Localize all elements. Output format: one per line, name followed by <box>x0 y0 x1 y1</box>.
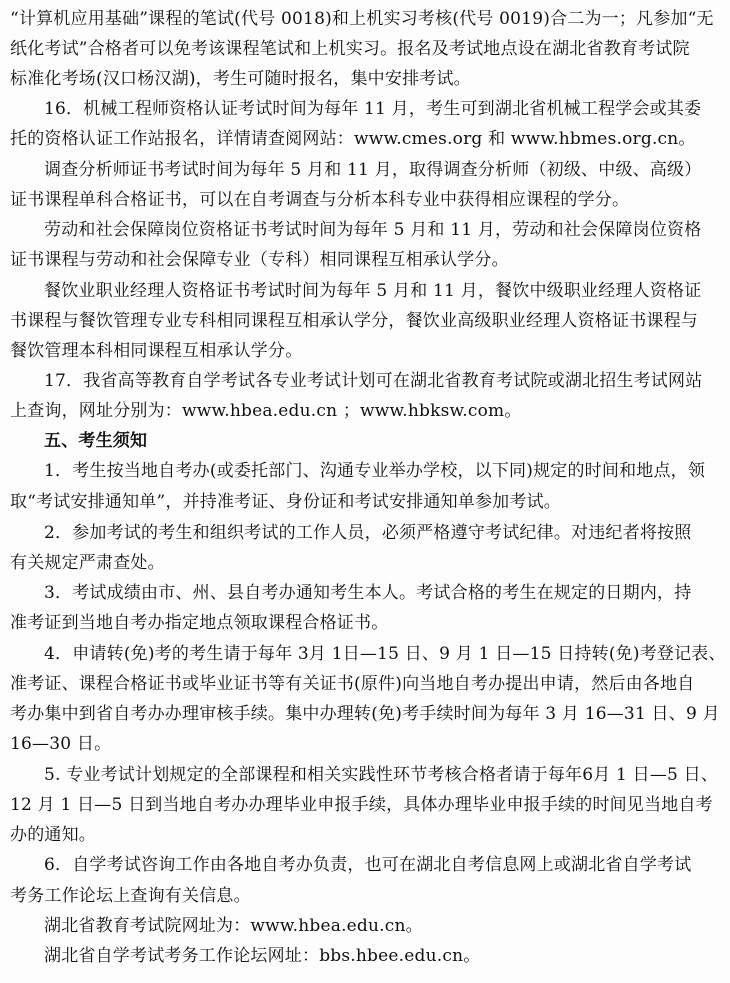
paragraph-16-start: 16．机械工程师资格认证考试时间为每年 11 月，考生可到湖北省机械工程学会或其… <box>44 94 724 124</box>
paragraph-survey-analyst: 调查分析师证书考试时间为每年 5 月和 11 月，取得调查分析师（初级、中级、高… <box>44 155 724 185</box>
document-page: “计算机应用基础”课程的笔试(代号 0018)和上机实习考核(代号 0019)合… <box>0 0 730 983</box>
text-line: 书课程与餐饮管理专业专科相同课程互相承认学分，餐饮业高级职业经理人资格证书课程与 <box>10 306 724 336</box>
section-heading: 五、考生须知 <box>44 426 724 456</box>
text-line: 证书课程与劳动和社会保障专业（专科）相同课程互相承认学分。 <box>10 245 724 275</box>
text-line: “计算机应用基础”课程的笔试(代号 0018)和上机实习考核(代号 0019)合… <box>10 4 724 34</box>
text-line: 12 月 1 日—5 日到当地自考办办理毕业申报手续，具体办理毕业申报手续的时间… <box>10 790 724 820</box>
notice-item-3: 3．考试成绩由市、州、县自考办通知考生本人。考试合格的考生在规定的日期内，持 <box>44 578 724 608</box>
text-line: 考办集中到省自考办办理审核手续。集中办理转(免)考手续时间为每年 3 月 16—… <box>10 699 724 729</box>
paragraph-labor-security: 劳动和社会保障岗位资格证书考试时间为每年 5 月和 11 月，劳动和社会保障岗位… <box>44 215 724 245</box>
notice-item-1: 1．考生按当地自考办(或委托部门、沟通专业举办学校，以下同)规定的时间和地点，领 <box>44 456 724 486</box>
text-line: 准考证、课程合格证书或毕业证书等有关证书(原件)向当地自考办提出申请，然后由各地… <box>10 669 724 699</box>
text-line: 取“考试安排通知单”，并持准考证、身份证和考试安排通知单参加考试。 <box>10 487 724 517</box>
website-forum: 湖北省自学考试考务工作论坛网址：bbs.hbee.edu.cn。 <box>44 941 724 971</box>
notice-item-2: 2．参加考试的考生和组织考试的工作人员，必须严格遵守考试纪律。对违纪者将按照 <box>44 518 724 548</box>
paragraph-catering-manager: 餐饮业职业经理人资格证书考试时间为每年 5 月和 11 月，餐饮中级职业经理人资… <box>44 276 724 306</box>
notice-item-5: 5. 专业考试计划规定的全部课程和相关实践性环节考核合格者请于每年6月 1 日—… <box>44 760 724 790</box>
text-line: 办的通知。 <box>10 820 724 850</box>
notice-item-4: 4．申请转(免)考的考生请于每年 3月 1日—15 日、9 月 1 日—15 日… <box>44 639 724 669</box>
text-line: 16—30 日。 <box>10 729 724 759</box>
text-line: 餐饮管理本科相同课程互相承认学分。 <box>10 336 724 366</box>
text-line: 纸化考试”合格者可以免考该课程笔试和上机实习。报名及考试地点设在湖北省教育考试院 <box>10 34 724 64</box>
text-line: 准考证到当地自考办指定地点领取课程合格证书。 <box>10 608 724 638</box>
text-line: 考务工作论坛上查询有关信息。 <box>10 881 724 911</box>
paragraph-17-start: 17．我省高等教育自学考试各专业考试计划可在湖北省教育考试院或湖北招生考试网站 <box>44 366 724 396</box>
text-line: 有关规定严肃查处。 <box>10 548 724 578</box>
text-line: 证书课程单科合格证书，可以在自考调查与分析本科专业中获得相应课程的学分。 <box>10 185 724 215</box>
text-line: 托的资格认证工作站报名，详情请查阅网站：www.cmes.org 和 www.h… <box>10 124 724 154</box>
text-line: 上查询，网址分别为：www.hbea.edu.cn ；www.hbksw.com… <box>10 396 724 426</box>
notice-item-6: 6．自学考试咨询工作由各地自考办负责，也可在湖北自考信息网上或湖北省自学考试 <box>44 850 724 880</box>
text-line: 标准化考场(汉口杨汉湖)，考生可随时报名，集中安排考试。 <box>10 64 724 94</box>
website-hbea: 湖北省教育考试院网址为：www.hbea.edu.cn。 <box>44 911 724 941</box>
